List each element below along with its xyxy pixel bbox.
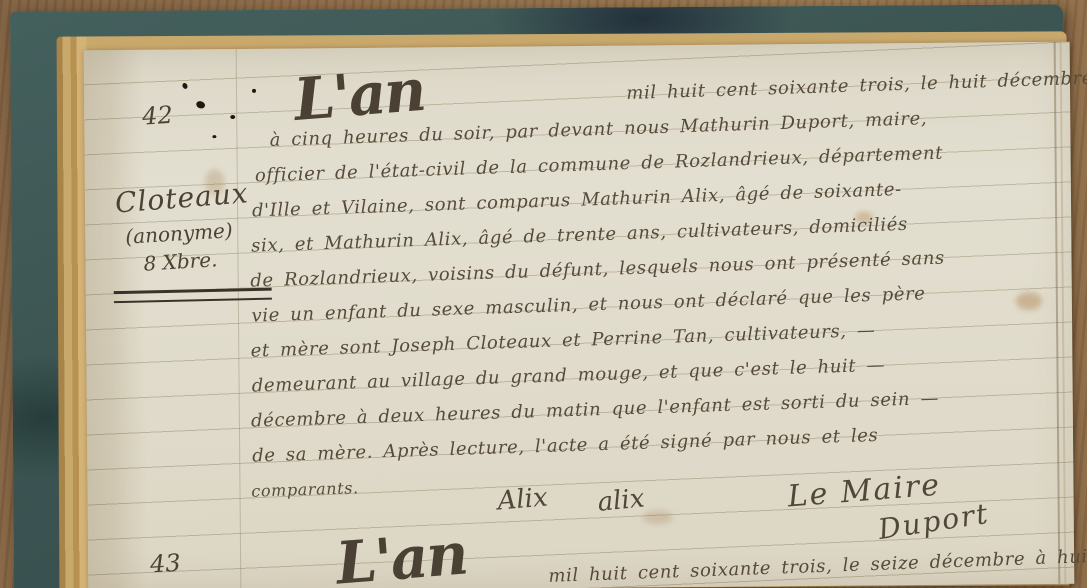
record-42-text: mil huit cent soixante trois, le huit dé… <box>236 61 1087 509</box>
margin-date: 8 Xbre. <box>143 247 218 275</box>
register-page: 42 Cloteaux (anonyme) 8 Xbre. 43 L'an mi… <box>84 42 1075 588</box>
ink-speck <box>230 115 235 119</box>
record-43-opening-initial: L'an <box>334 525 468 588</box>
signature-witness-alix-1: Alix <box>496 483 548 517</box>
margin-next-record-number: 43 <box>149 549 181 579</box>
signature-witness-alix-2: alix <box>596 483 645 517</box>
margin-record-number: 42 <box>141 101 173 131</box>
ink-speck <box>212 135 216 138</box>
